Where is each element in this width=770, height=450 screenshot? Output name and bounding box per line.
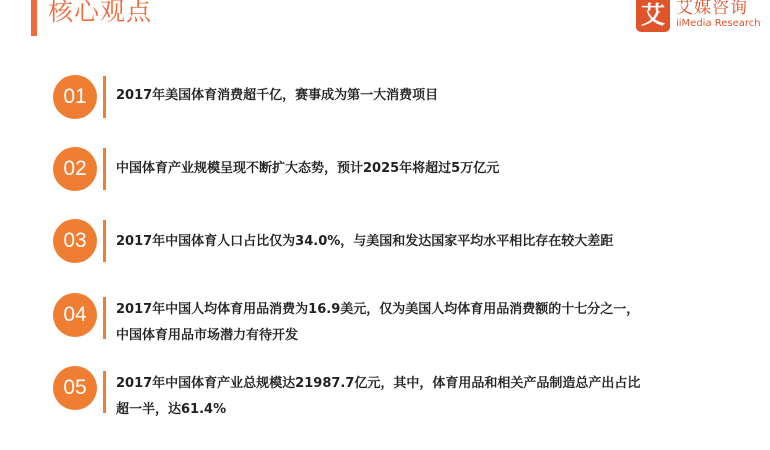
number-badge: 03 <box>53 219 97 263</box>
point-text: 2017年美国体育消费超千亿，赛事成为第一大消费项目 <box>116 83 438 108</box>
logo: 艾 艾媒咨询 iiMedia Research <box>636 0 766 34</box>
page-title: 核心观点 <box>48 0 152 30</box>
logo-name-cn: 艾媒咨询 <box>676 0 748 18</box>
divider-bar <box>103 148 106 190</box>
divider-bar <box>103 76 106 118</box>
number-badge: 04 <box>53 293 97 337</box>
point-text-line-1: 2017年中国体育产业总规模达21987.7亿元，其中，体育用品和相关产品制造总… <box>116 371 640 396</box>
point-text-line-2: 超一半，达61.4% <box>116 397 226 422</box>
logo-icon: 艾 <box>636 0 670 32</box>
title-accent-bar <box>31 0 37 36</box>
point-text: 中国体育产业规模呈现不断扩大态势，预计2025年将超过5万亿元 <box>116 156 499 181</box>
divider-bar <box>103 220 106 262</box>
logo-name-en: iiMedia Research <box>676 18 761 30</box>
divider-bar <box>103 371 106 413</box>
divider-bar <box>103 297 106 339</box>
point-text-line-1: 2017年中国人均体育用品消费为16.9美元，仅为美国人均体育用品消费额的十七分… <box>116 297 639 322</box>
point-text-line-2: 中国体育用品市场潜力有待开发 <box>116 323 298 348</box>
number-badge: 02 <box>53 147 97 191</box>
point-text: 2017年中国体育人口占比仅为34.0%，与美国和发达国家平均水平相比存在较大差… <box>116 229 613 254</box>
number-badge: 01 <box>53 75 97 119</box>
number-badge: 05 <box>53 366 97 410</box>
